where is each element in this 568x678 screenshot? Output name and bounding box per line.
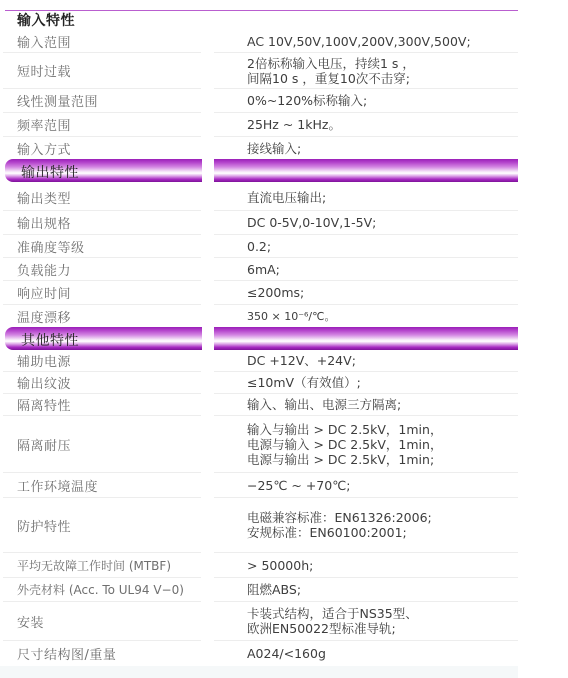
spec-value: 25Hz ~ 1kHz。	[214, 117, 341, 132]
spec-value: DC 0-5V,0-10V,1-5V;	[214, 215, 376, 230]
section-band-right	[214, 159, 518, 182]
spec-value: 0%~120%标称输入;	[214, 93, 367, 108]
spec-label: 输入方式	[3, 139, 71, 158]
spec-row: 辅助电源 DC +12V、+24V;	[3, 350, 518, 372]
spec-value: 直流电压输出;	[214, 190, 326, 205]
spec-label: 线性测量范围	[3, 91, 98, 110]
spec-row: 平均无故障工作时间 (MTBF) > 50000h;	[3, 553, 518, 578]
section-header-output: 输出特性	[5, 159, 202, 182]
spec-row: 工作环境温度 −25℃ ~ +70℃;	[3, 473, 518, 498]
spec-value: A024/<160g	[214, 646, 326, 661]
section-header-input: 输入特性	[5, 10, 203, 30]
spec-value: > 50000h;	[214, 558, 313, 573]
spec-row: 短时过载 2倍标称输入电压，持续1 s ， 间隔10 s ，重复10次不击穿;	[3, 53, 518, 89]
spec-value: DC +12V、+24V;	[214, 353, 356, 368]
spec-row: 温度漂移 350 × 10⁻⁶/℃。	[3, 305, 518, 327]
spec-label: 辅助电源	[3, 351, 71, 370]
spec-value: 输入、输出、电源三方隔离;	[214, 397, 401, 412]
spec-row: 安装 卡装式结构，适合于NS35型、 欧洲EN50022型标准导轨;	[3, 602, 518, 641]
spec-label: 输出规格	[3, 213, 71, 232]
spec-label: 工作环境温度	[3, 476, 98, 495]
spec-row: 输出纹波 ≤10mV（有效值）;	[3, 372, 518, 394]
spec-label: 短时过载	[3, 61, 71, 80]
spec-label: 频率范围	[3, 115, 71, 134]
spec-value: −25℃ ~ +70℃;	[214, 478, 350, 493]
spec-row: 外壳材料 (Acc. To UL94 V−0) 阻燃ABS;	[3, 578, 518, 602]
spec-label: 隔离特性	[3, 395, 71, 414]
spec-row: 隔离特性 输入、输出、电源三方隔离;	[3, 394, 518, 416]
spec-value: 接线输入;	[214, 141, 301, 156]
spec-row: 尺寸结构图/重量 A024/<160g	[3, 641, 518, 666]
spec-label: 温度漂移	[3, 307, 71, 326]
spec-row: 准确度等级 0.2;	[3, 235, 518, 258]
spec-row: 输出规格 DC 0-5V,0-10V,1-5V;	[3, 211, 518, 235]
bottom-edge	[0, 666, 518, 678]
spec-row: 响应时间 ≤200ms;	[3, 281, 518, 305]
spec-row: 频率范围 25Hz ~ 1kHz。	[3, 113, 518, 137]
section-header-other: 其他特性	[5, 327, 202, 350]
spec-value: 电磁兼容标准：EN61326:2006; 安规标准：EN60100:2001;	[214, 510, 432, 540]
section-title: 输入特性	[5, 10, 75, 30]
spec-row: 线性测量范围 0%~120%标称输入;	[3, 89, 518, 113]
spec-row: 隔离耐压 输入与输出 > DC 2.5kV，1min， 电源与输入 > DC 2…	[3, 416, 518, 473]
spec-label: 输出纹波	[3, 373, 71, 392]
spec-sheet: 输入特性 输入范围 AC 10V,50V,100V,200V,300V,500V…	[0, 0, 568, 678]
spec-value: 阻燃ABS;	[214, 582, 301, 597]
spec-value: AC 10V,50V,100V,200V,300V,500V;	[214, 34, 471, 49]
spec-label: 响应时间	[3, 283, 71, 302]
spec-row: 输出类型 直流电压输出;	[3, 184, 518, 211]
section-band-right	[214, 327, 518, 350]
spec-value: 6mA;	[214, 262, 280, 277]
spec-row: 负载能力 6mA;	[3, 258, 518, 281]
spec-row: 防护特性 电磁兼容标准：EN61326:2006; 安规标准：EN60100:2…	[3, 498, 518, 553]
spec-label: 输出类型	[3, 188, 71, 207]
spec-value: 350 × 10⁻⁶/℃。	[214, 309, 335, 324]
spec-label: 安装	[3, 612, 44, 631]
spec-label: 平均无故障工作时间 (MTBF)	[3, 557, 171, 574]
spec-row: 输入范围 AC 10V,50V,100V,200V,300V,500V;	[3, 30, 518, 53]
spec-value: ≤200ms;	[214, 285, 304, 300]
section-title: 输出特性	[21, 162, 79, 182]
spec-value: 0.2;	[214, 239, 271, 254]
spec-value: ≤10mV（有效值）;	[214, 375, 361, 390]
spec-label: 尺寸结构图/重量	[3, 644, 116, 663]
spec-value: 输入与输出 > DC 2.5kV，1min， 电源与输入 > DC 2.5kV，…	[214, 422, 442, 467]
spec-label: 负载能力	[3, 260, 71, 279]
section-title: 其他特性	[21, 330, 79, 350]
spec-label: 准确度等级	[3, 237, 85, 256]
spec-value: 卡装式结构，适合于NS35型、 欧洲EN50022型标准导轨;	[214, 606, 418, 636]
spec-label: 隔离耐压	[3, 435, 71, 454]
spec-label: 外壳材料 (Acc. To UL94 V−0)	[3, 581, 184, 598]
spec-row: 输入方式 接线输入;	[3, 137, 518, 159]
spec-value: 2倍标称输入电压，持续1 s ， 间隔10 s ，重复10次不击穿;	[214, 56, 415, 86]
spec-label: 输入范围	[3, 32, 71, 51]
spec-label: 防护特性	[3, 516, 71, 535]
